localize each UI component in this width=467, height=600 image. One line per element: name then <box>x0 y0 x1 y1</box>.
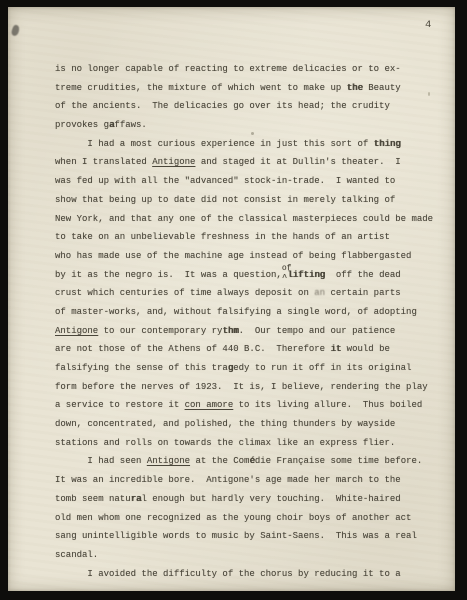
text-segment: of the ancients. The delicacies go over … <box>55 101 390 111</box>
text-segment: crust which centuries of time always dep… <box>55 288 314 298</box>
text-line: crust which centuries of time always dep… <box>55 284 447 303</box>
text-line: a service to restore it con amore to its… <box>55 396 447 415</box>
text-segment: would be <box>341 344 390 354</box>
text-line: when I translated Antigone and staged it… <box>55 153 447 172</box>
text-segment: I had seen <box>55 456 147 466</box>
text-segment: die Française some time before. <box>255 456 422 466</box>
text-segment: Antigone <box>152 157 195 167</box>
text-segment: old men whom one recognized as the young… <box>55 513 411 523</box>
text-segment: Beauty <box>363 83 401 93</box>
page-number: 4 <box>425 19 431 31</box>
text-line: I avoided the difficulty of the chorus b… <box>55 565 447 584</box>
text-line: down, concentrated, and polished, the th… <box>55 415 447 434</box>
text-segment: of master-works, and, without falsifying… <box>55 307 417 317</box>
text-segment: off the dead <box>325 270 401 280</box>
text-segment: ffaws. <box>114 120 146 130</box>
text-line: form before the nerves of 1923. It is, I… <box>55 378 447 397</box>
text-line: of master-works, and, without falsifying… <box>55 303 447 322</box>
text-segment: ^ <box>282 269 287 288</box>
text-segment: to its living allure. Thus boiled <box>233 400 422 410</box>
text-line: Antigone to our contemporary rythm. Our … <box>55 322 447 341</box>
text-line: I had a most curious experience in just … <box>55 135 447 154</box>
text-segment: scandal. <box>55 550 98 560</box>
text-segment: Antigone <box>55 326 98 336</box>
text-line: sang unintelligible words to music by Sa… <box>55 527 447 546</box>
text-segment: who has made use of the machine age inst… <box>55 251 411 261</box>
text-segment: New York, and that any one of the classi… <box>55 214 433 224</box>
text-segment: when I translated <box>55 157 152 167</box>
text-segment: show that being up to date did not consi… <box>55 195 395 205</box>
text-line: falsifying the sense of this tragedy to … <box>55 359 447 378</box>
text-line: treme crudities, the mixture of which we… <box>55 79 447 98</box>
text-line: are not those of the Athens of 440 B.C. … <box>55 340 447 359</box>
text-segment: lifting <box>287 270 325 280</box>
text-segment: stations and rolls on towards the climax… <box>55 438 395 448</box>
text-line: tomb seem natural enough but hardly very… <box>55 490 447 509</box>
text-segment: a service to restore it <box>55 400 185 410</box>
text-segment: was fed up with all the "advanced" stock… <box>55 176 395 186</box>
text-line: It was an incredible bore. Antigone's ag… <box>55 471 447 490</box>
text-segment: an <box>314 288 325 298</box>
scanned-typescript-photo: { "page": { "number": "4", "ink_color": … <box>0 0 467 600</box>
text-segment: tomb seem natu <box>55 494 131 504</box>
text-segment: thm <box>222 326 238 336</box>
text-segment: ra <box>131 494 142 504</box>
text-line: by it as the negro is. It was a question… <box>55 266 447 285</box>
text-segment: It was an incredible bore. Antigone's ag… <box>55 475 401 485</box>
text-segment: I avoided the difficulty of the chorus b… <box>55 569 401 579</box>
text-line: New York, and that any one of the classi… <box>55 210 447 229</box>
text-segment: by it as the negro is. It was a question… <box>55 270 282 280</box>
text-line: who has made use of the machine age inst… <box>55 247 447 266</box>
text-segment: and staged it at Dullin's theater. I <box>195 157 400 167</box>
text-line: I had seen Antigone at the Comédie Franç… <box>55 452 447 471</box>
text-segment: falsifying the sense of this tra <box>55 363 228 373</box>
text-segment: form before the nerves of 1923. It is, I… <box>55 382 428 392</box>
text-line: scandal. <box>55 546 447 565</box>
text-segment: Antigone <box>147 456 190 466</box>
text-segment: thing <box>374 139 401 149</box>
text-segment: to our contemporary ry <box>98 326 222 336</box>
text-segment: at the Com <box>190 456 249 466</box>
text-segment: provokes g <box>55 120 109 130</box>
text-segment: I had a most curious experience in just … <box>55 139 374 149</box>
paper-smudge <box>10 24 20 37</box>
typewritten-text: is no longer capable of reacting to extr… <box>55 60 447 583</box>
document-page: 4 is no longer capable of reacting to ex… <box>8 7 455 591</box>
text-segment: is no longer capable of reacting to extr… <box>55 64 401 74</box>
text-segment: con amore <box>185 400 234 410</box>
text-segment: certain parts <box>325 288 401 298</box>
text-segment: . Our tempo and our patience <box>239 326 396 336</box>
text-line: was fed up with all the "advanced" stock… <box>55 172 447 191</box>
text-line: of the ancients. The delicacies go over … <box>55 97 447 116</box>
text-segment: to take on an unbelievable freshness in … <box>55 232 390 242</box>
text-line: provokes gaffaws. <box>55 116 447 135</box>
text-line: is no longer capable of reacting to extr… <box>55 60 447 79</box>
text-line: old men whom one recognized as the young… <box>55 509 447 528</box>
text-segment: edy to run it off in its original <box>233 363 411 373</box>
text-line: stations and rolls on towards the climax… <box>55 434 447 453</box>
text-line: to take on an unbelievable freshness in … <box>55 228 447 247</box>
text-segment: sang unintelligible words to music by Sa… <box>55 531 417 541</box>
text-segment: are not those of the Athens of 440 B.C. … <box>55 344 330 354</box>
text-segment: treme crudities, the mixture of which we… <box>55 83 347 93</box>
text-segment: the <box>347 83 363 93</box>
text-segment: l enough but hardly very touching. White… <box>141 494 400 504</box>
text-segment: down, concentrated, and polished, the th… <box>55 419 395 429</box>
text-segment: it <box>330 344 341 354</box>
text-line: show that being up to date did not consi… <box>55 191 447 210</box>
